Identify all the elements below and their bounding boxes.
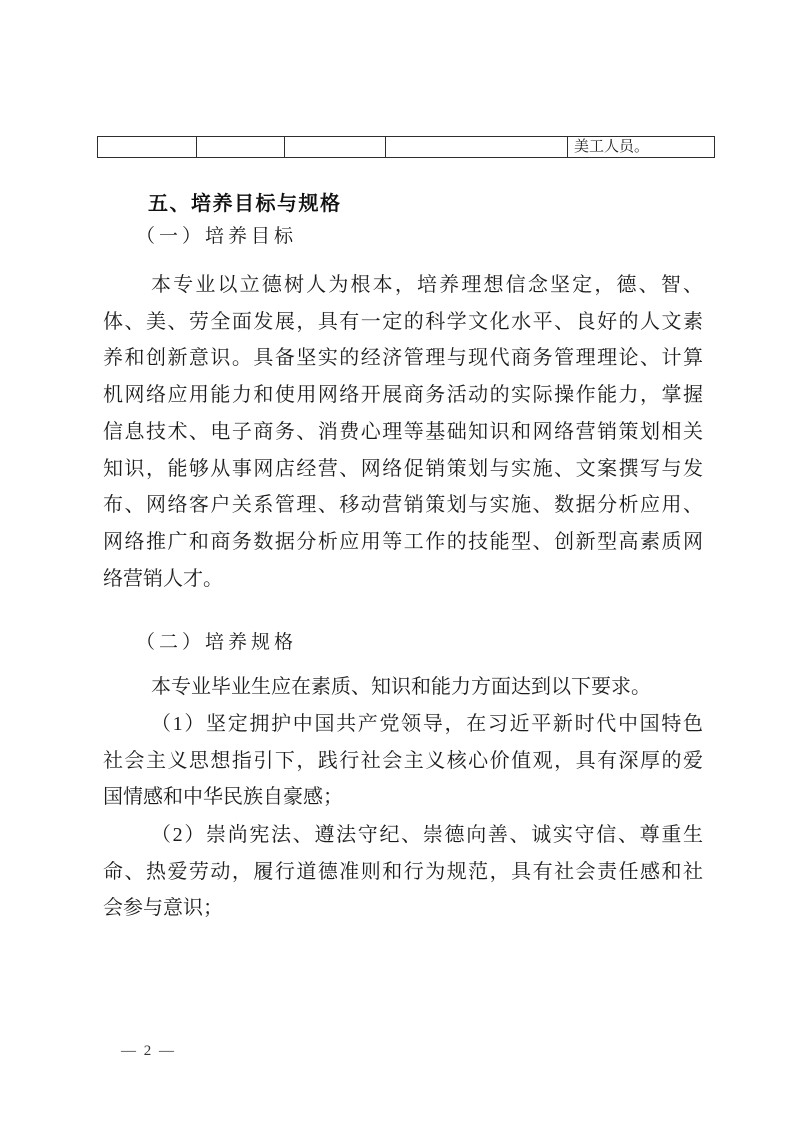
continued-table-fragment: 美工人员。	[97, 136, 715, 158]
text-line: （1）坚定拥护中国共产党领导，在习近平新时代中国特色	[103, 706, 703, 743]
table-cell-2	[197, 137, 285, 158]
text-line: 会参与意识；	[103, 890, 703, 927]
page-number: — 2 —	[121, 1041, 176, 1061]
table-cell-3	[285, 137, 386, 158]
text-line: 养和创新意识。具备坚实的经济管理与现代商务管理理论、计算	[103, 340, 703, 377]
table-cell-1	[98, 137, 197, 158]
document-page: 美工人员。 五、培养目标与规格 （一）培养目标 本专业以立德树人为根本，培养理想…	[0, 0, 793, 1122]
text-line: 社会主义思想指引下，践行社会主义核心价值观，具有深厚的爱	[103, 743, 703, 780]
paragraph-requirements-intro: 本专业毕业生应在素质、知识和能力方面达到以下要求。	[103, 669, 703, 706]
text-line: 命、热爱劳动，履行道德准则和行为规范，具有社会责任感和社	[103, 854, 703, 891]
table-cell-art-staff: 美工人员。	[568, 137, 715, 158]
subsection-heading-specifications: （二）培养规格	[136, 631, 297, 654]
subsection-heading-objectives: （一）培养目标	[136, 225, 297, 248]
paragraph-requirement-2: （2）崇尚宪法、遵法守纪、崇德向善、诚实守信、尊重生命、热爱劳动，履行道德准则和…	[103, 817, 703, 927]
text-line: 国情感和中华民族自豪感；	[103, 779, 703, 816]
table-row: 美工人员。	[98, 137, 715, 158]
text-line: 机网络应用能力和使用网络开展商务活动的实际操作能力，掌握	[103, 377, 703, 414]
text-line: 本专业以立德树人为根本，培养理想信念坚定，德、智、	[103, 267, 703, 304]
text-line: 体、美、劳全面发展，具有一定的科学文化水平、良好的人文素	[103, 304, 703, 341]
text-line: 布、网络客户关系管理、移动营销策划与实施、数据分析应用、	[103, 487, 703, 524]
paragraph-requirement-1: （1）坚定拥护中国共产党领导，在习近平新时代中国特色社会主义思想指引下，践行社会…	[103, 706, 703, 816]
text-line: 本专业毕业生应在素质、知识和能力方面达到以下要求。	[103, 669, 703, 706]
paragraph-training-objectives: 本专业以立德树人为根本，培养理想信念坚定，德、智、体、美、劳全面发展，具有一定的…	[103, 267, 703, 597]
text-line: （2）崇尚宪法、遵法守纪、崇德向善、诚实守信、尊重生	[103, 817, 703, 854]
text-line: 信息技术、电子商务、消费心理等基础知识和网络营销策划相关	[103, 414, 703, 451]
section-heading-training-objectives: 五、培养目标与规格	[148, 192, 342, 216]
text-line: 络营销人才。	[103, 561, 703, 598]
text-line: 知识，能够从事网店经营、网络促销策划与实施、文案撰写与发	[103, 451, 703, 488]
table-cell-4	[386, 137, 568, 158]
text-line: 网络推广和商务数据分析应用等工作的技能型、创新型高素质网	[103, 524, 703, 561]
